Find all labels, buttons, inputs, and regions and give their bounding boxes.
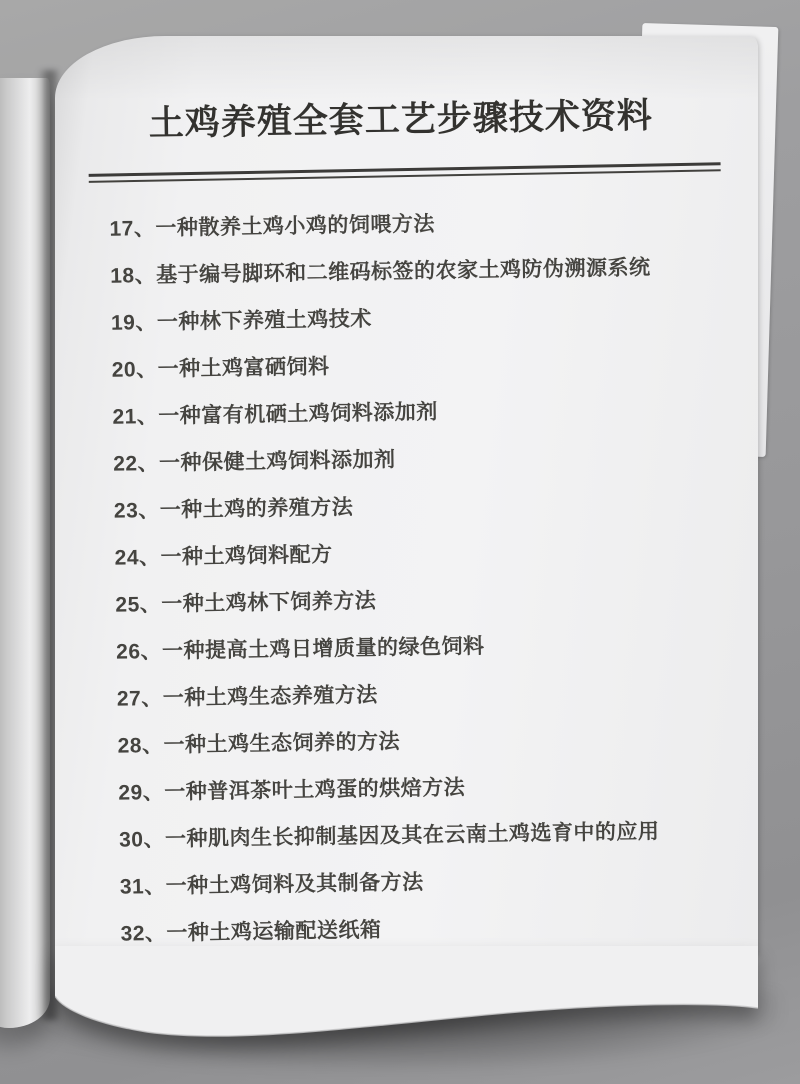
- toc-item: 32、一种土鸡运输配送纸箱: [120, 913, 738, 946]
- toc-item: 23、一种土鸡的养殖方法: [114, 490, 732, 523]
- toc-list: 17、一种散养土鸡小鸡的饲喂方法 18、基于编号脚环和二维码标签的农家土鸡防伪溯…: [87, 208, 738, 946]
- page-title: 土鸡养殖全套工艺步骤技术资料: [85, 87, 716, 147]
- toc-item: 17、一种散养土鸡小鸡的饲喂方法: [109, 208, 727, 241]
- toc-item: 27、一种土鸡生态养殖方法: [117, 678, 735, 711]
- toc-item: 25、一种土鸡林下饲养方法: [115, 584, 733, 617]
- photo-background: 土鸡养殖全套工艺步骤技术资料 17、一种散养土鸡小鸡的饲喂方法 18、基于编号脚…: [0, 0, 800, 1084]
- toc-item: 29、一种普洱茶叶土鸡蛋的烘焙方法: [118, 772, 736, 805]
- toc-item: 20、一种土鸡富硒饲料: [112, 349, 730, 382]
- toc-item: 26、一种提高土鸡日增质量的绿色饲料: [116, 631, 734, 664]
- toc-item: 30、一种肌肉生长抑制基因及其在云南土鸡选育中的应用: [119, 819, 737, 852]
- toc-item: 22、一种保健土鸡饲料添加剂: [113, 443, 731, 476]
- toc-item: 19、一种林下养殖土鸡技术: [111, 302, 729, 335]
- toc-item: 28、一种土鸡生态饲养的方法: [117, 725, 735, 758]
- toc-item: 21、一种富有机硒土鸡饲料添加剂: [112, 396, 730, 429]
- page-content: 土鸡养殖全套工艺步骤技术资料 17、一种散养土鸡小鸡的饲喂方法 18、基于编号脚…: [85, 87, 739, 970]
- toc-item: 18、基于编号脚环和二维码标签的农家土鸡防伪溯源系统: [110, 255, 728, 288]
- toc-item: 31、一种土鸡饲料及其制备方法: [120, 866, 738, 899]
- toc-item: 24、一种土鸡饲料配方: [115, 537, 733, 570]
- title-divider: [89, 162, 721, 183]
